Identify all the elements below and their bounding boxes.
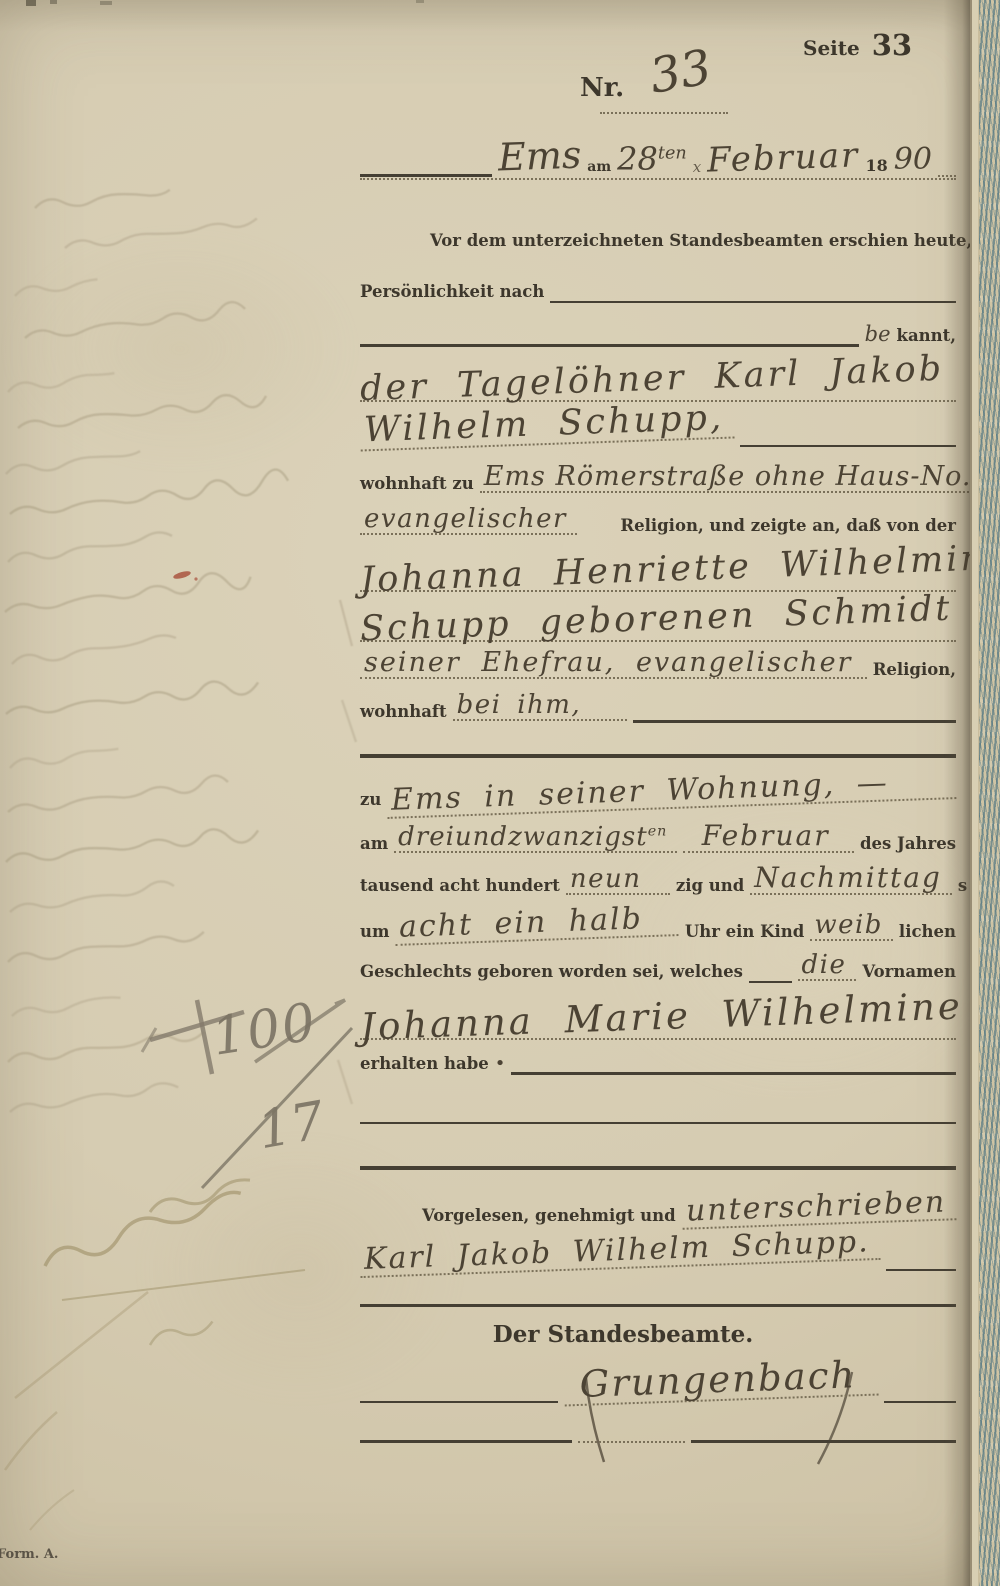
known-row: be kannt, — [360, 314, 956, 348]
dateline-blank-rule — [360, 174, 492, 177]
blank-rule-1 — [360, 1122, 956, 1124]
mother-residence-row: wohnhaft bei ihm, — [360, 686, 956, 724]
religion-row: evangelischer Religion, und zeigte an, d… — [360, 500, 956, 538]
read-print: Vorgelesen, genehmigt und — [422, 1207, 676, 1225]
read-approved-row: Vorgelesen, genehmigt und unterschrieben — [360, 1186, 956, 1228]
read-hand: unterschrieben — [681, 1187, 956, 1230]
register-page-scan: Seite 33 Nr. 33 Ems am 28ten x Februar 1… — [0, 0, 1000, 1586]
identity-label: Persönlichkeit nach — [360, 283, 544, 301]
mother-residence-rule — [633, 720, 956, 723]
daytime-hand: Nachmittag — [750, 864, 952, 895]
declarant-line-2: Wilhelm Schupp, — [359, 400, 734, 451]
year-print-2: zig und — [676, 877, 744, 895]
birthdate-month: Februar — [683, 822, 854, 853]
birthplace-row: zu Ems in seiner Wohnung, — — [360, 768, 956, 812]
received-blank-rule — [511, 1072, 956, 1075]
gender-hand: weib — [810, 912, 893, 941]
child-name-row: Johanna Marie Wilhelmine — [360, 986, 956, 1040]
birthtime-row: um acht ein halb Uhr ein Kind weib liche… — [360, 900, 956, 944]
year-print-1: tausend acht hundert — [360, 877, 560, 895]
sex-vornamen-row: Geschlechts geboren worden sei, welches … — [360, 948, 956, 984]
bottom-rule-right — [691, 1440, 956, 1443]
dateline-place: Ems — [497, 136, 582, 177]
dateline-am-label: am — [587, 160, 611, 175]
declarant-row-1: der Tagelöhner Karl Jakob — [360, 352, 956, 402]
dateline-day: 28ten — [617, 143, 687, 175]
birthdate-row: am dreiundzwanzigsten Februar des Jahres — [360, 816, 956, 856]
declarant-blank-rule — [740, 445, 956, 447]
dateline-month: Februar — [707, 138, 860, 177]
identity-row: Persönlichkeit nach — [360, 272, 956, 304]
mother-residence-value: bei ihm, — [453, 692, 627, 721]
closing-divider — [360, 1304, 956, 1307]
sex-print-1: Geschlechts geboren worden sei, welches — [360, 963, 743, 981]
year-hand: neun — [566, 866, 670, 895]
pencil-reference-bottom: 17 — [254, 1095, 328, 1158]
residence-label: wohnhaft zu — [360, 475, 474, 493]
page-top-edge-smudges — [26, 0, 424, 6]
birthdate-label: am — [360, 835, 388, 853]
mother-residence-label: wohnhaft — [360, 703, 447, 721]
birthplace-label: zu — [360, 791, 381, 809]
record-number-rule — [600, 112, 728, 114]
registrar-signature-row: Grungenbach — [360, 1352, 956, 1404]
record-number-label: Nr. — [580, 74, 624, 103]
mother-relation-row: seiner Ehefrau, evangelischer Religion, — [360, 642, 956, 682]
bottom-rule-left — [360, 1440, 572, 1443]
bleedthrough-ghost-text — [3, 187, 356, 1113]
religion-print: Religion, und zeigte an, daß von der — [620, 517, 956, 535]
declarant-line-1: der Tagelöhner Karl Jakob — [360, 352, 945, 407]
bottom-rule-middle — [578, 1441, 684, 1443]
mother-name-row-2: Schupp geborenen Schmidt — [360, 594, 956, 642]
form-footer-label: Form. A. — [0, 1548, 58, 1562]
religion-value: evangelischer — [360, 506, 577, 535]
declarant-signature-row: Karl Jakob Wilhelm Schupp. — [360, 1228, 956, 1272]
sex-hand: die — [798, 952, 857, 981]
registrar-signature: Grungenbach — [563, 1356, 878, 1407]
pencil-reference-top: 100 — [209, 996, 321, 1064]
birthyear-row: tausend acht hundert neun zig und Nachmi… — [360, 858, 956, 898]
birthdate-day: dreiundzwanzigsten — [394, 824, 677, 853]
time-print: Uhr ein Kind — [685, 923, 804, 941]
declarant-signature: Karl Jakob Wilhelm Schupp. — [360, 1227, 881, 1278]
time-value: acht ein halb — [395, 903, 679, 946]
residence-value: Ems Römerstraße ohne Haus-No. — [480, 463, 982, 493]
page-curve-shadow — [944, 0, 970, 1586]
known-hand: be — [865, 324, 891, 345]
page-number: 33 — [872, 30, 912, 62]
dateline-separator-mark: x — [693, 160, 701, 175]
declarant-row-2: Wilhelm Schupp, — [360, 404, 956, 448]
sex-blank-rule — [749, 981, 792, 983]
received-print: erhalten habe — [360, 1055, 489, 1073]
record-number-value: 33 — [646, 43, 714, 101]
dateline-row: Ems am 28ten x Februar 18 90 — [360, 126, 956, 180]
mother-name-row-1: Johanna Henriette Wilhelmine — [360, 540, 956, 592]
birthdate-year-label: des Jahres — [860, 835, 956, 853]
section-divider-heavy — [360, 754, 956, 758]
received-mark: • — [495, 1055, 506, 1073]
registrar-label: Der Standesbeamte. — [360, 1322, 956, 1347]
time-label: um — [360, 923, 389, 941]
page-label: Seite — [803, 37, 860, 59]
residence-row: wohnhaft zu Ems Römerstraße ohne Haus-No… — [360, 450, 956, 496]
bottom-rule-row — [360, 1414, 956, 1444]
book-edge-marbling — [979, 0, 1000, 1586]
registrar-rule-left — [360, 1401, 558, 1403]
sex-print-2: Vornamen — [862, 963, 956, 981]
bleedthrough-ghost-signature — [5, 1178, 305, 1530]
identity-blank-rule — [550, 301, 956, 303]
blank-rule-2 — [360, 1166, 956, 1170]
known-blank-rule — [360, 344, 859, 347]
mother-relation: seiner Ehefrau, evangelischer — [360, 649, 867, 679]
red-ink-speck — [173, 570, 198, 581]
child-name: Johanna Marie Wilhelmine — [360, 987, 964, 1045]
birthplace-value: Ems in seiner Wohnung, — — [387, 766, 956, 819]
intro-line: Vor dem unterzeichneten Standesbeamten e… — [360, 232, 956, 250]
received-row: erhalten habe • — [360, 1042, 956, 1076]
dateline-year-prefix: 18 — [865, 157, 887, 175]
mother-name-line-2: Schupp geborenen Schmidt — [360, 592, 953, 648]
dateline-year: 90 — [894, 145, 932, 175]
